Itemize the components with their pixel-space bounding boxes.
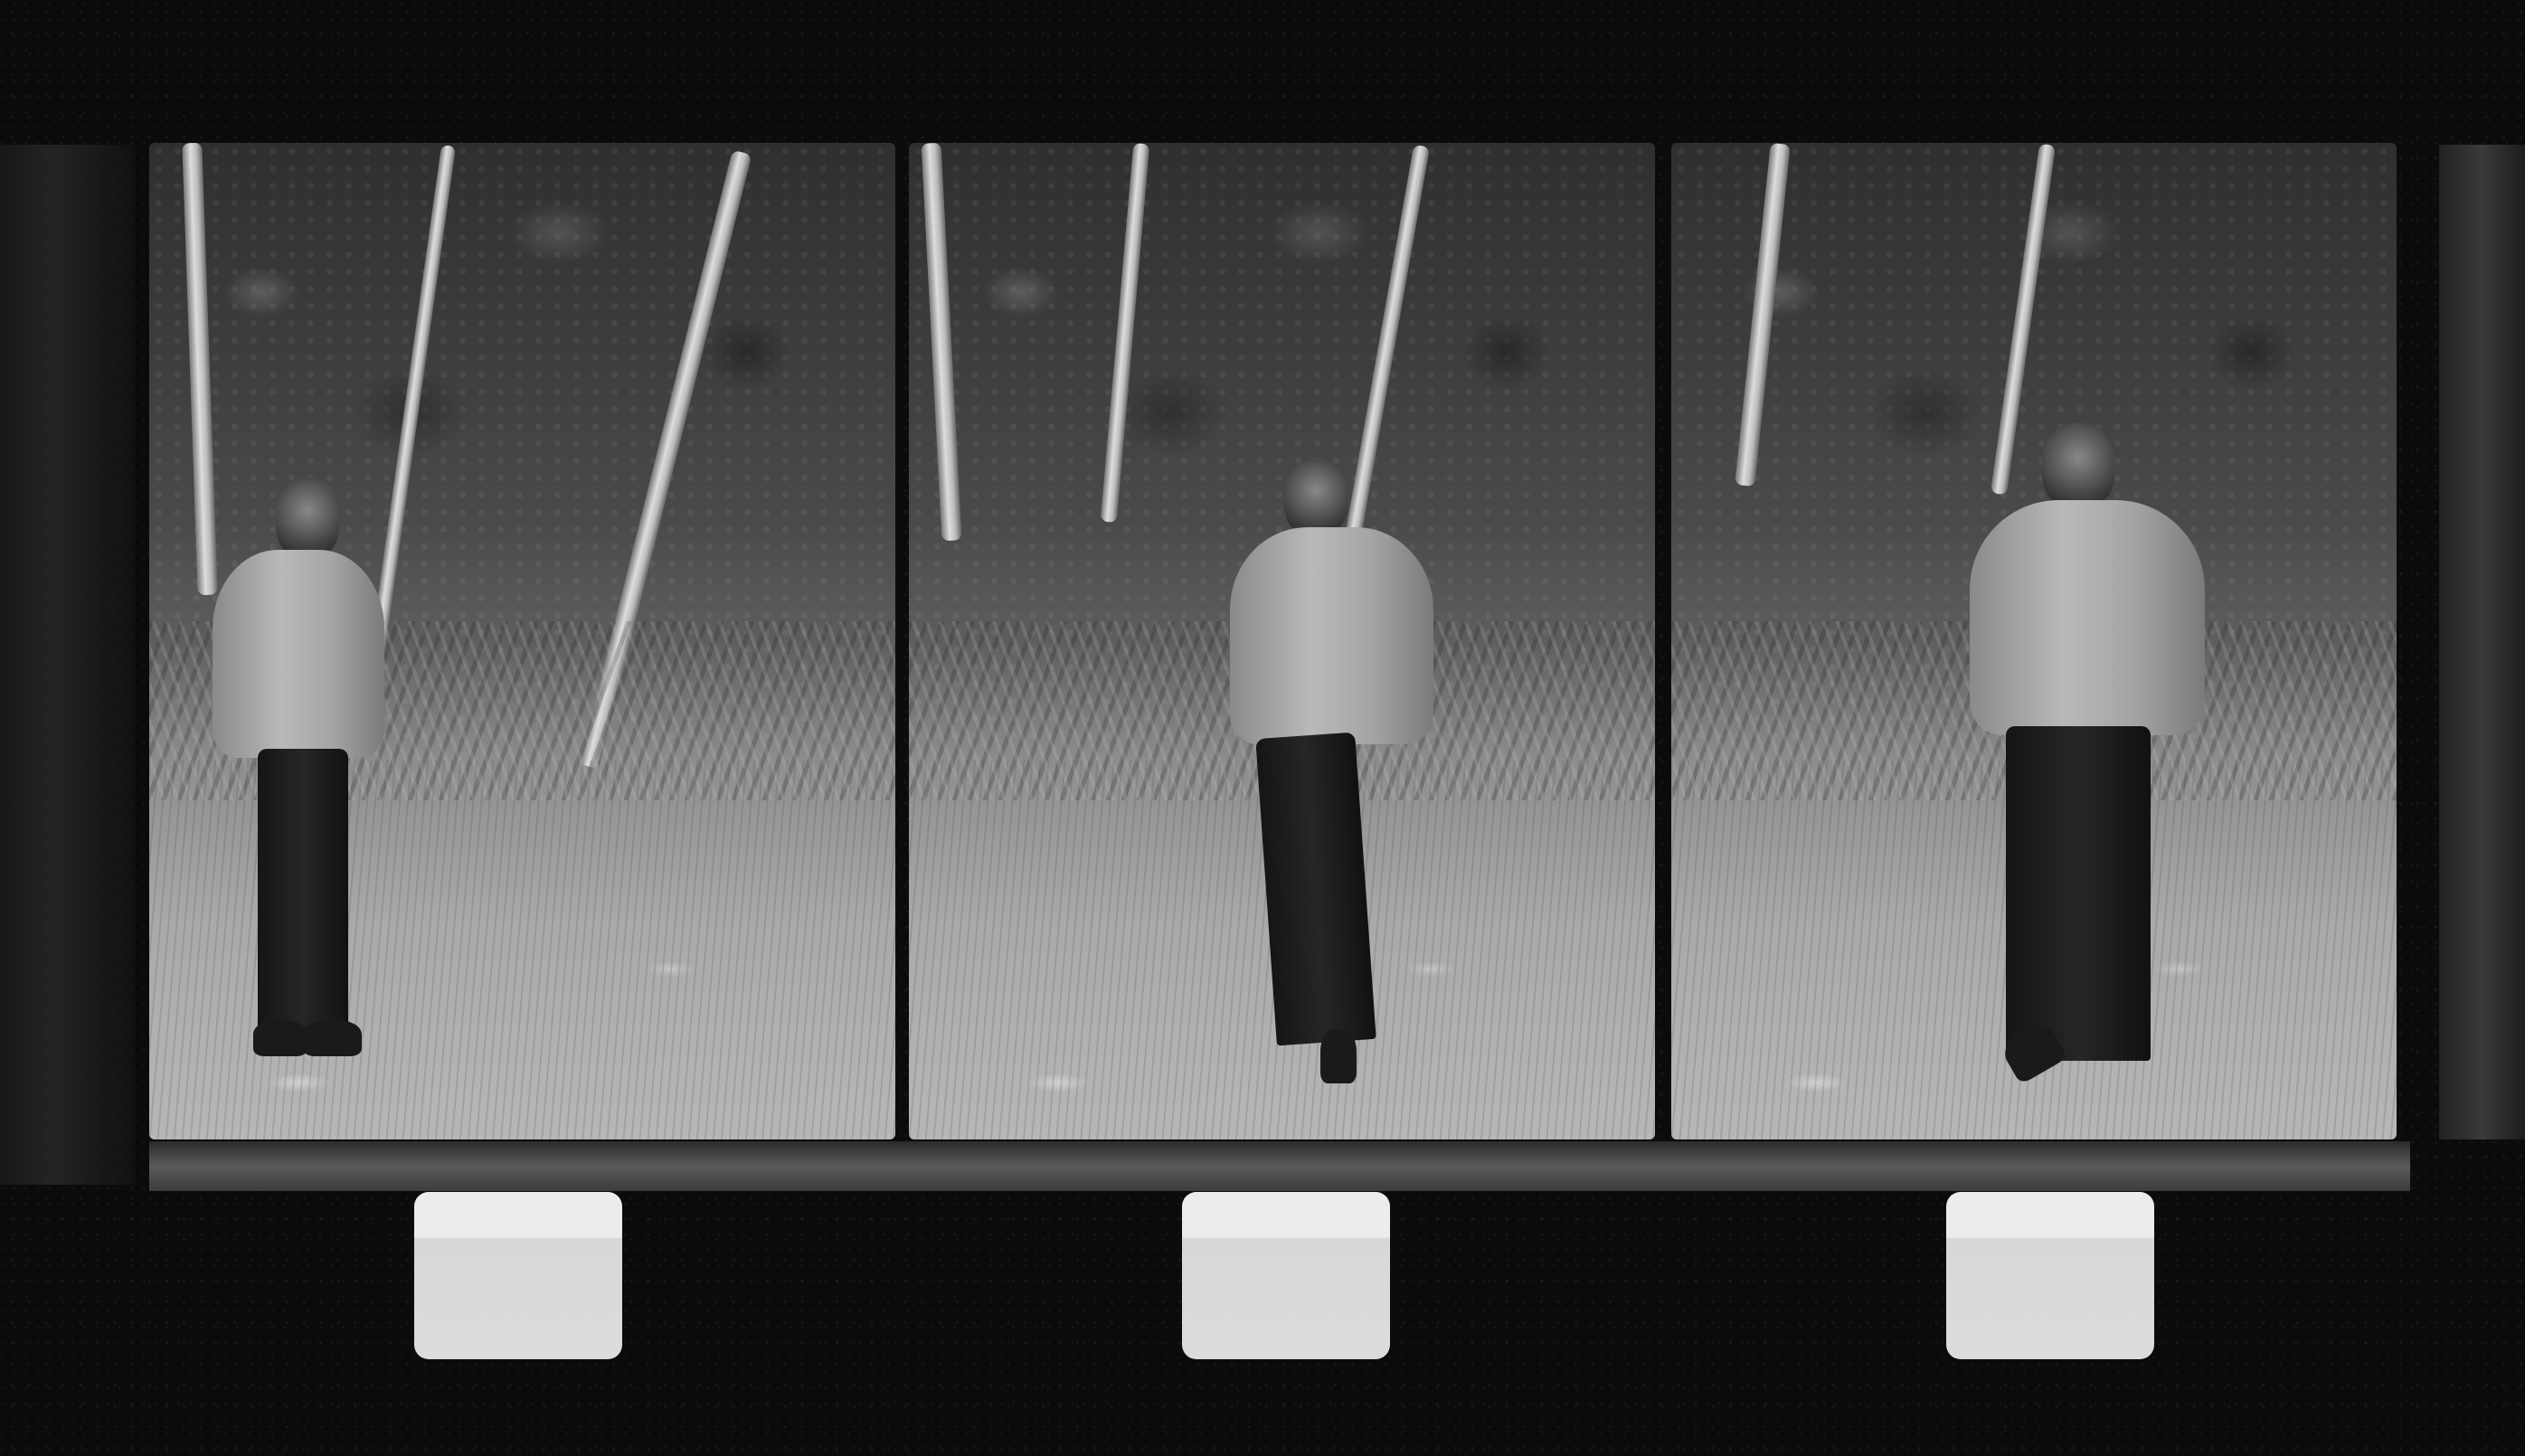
film-edge-right bbox=[2439, 145, 2525, 1139]
sprocket-hole bbox=[1182, 1192, 1390, 1359]
film-frame-2 bbox=[909, 143, 1655, 1139]
film-frame-3 bbox=[1671, 143, 2397, 1139]
film-edge-left bbox=[0, 145, 136, 1185]
film-strip bbox=[0, 0, 2525, 1456]
sprocket-hole bbox=[1946, 1192, 2154, 1359]
film-frame-1 bbox=[149, 143, 895, 1139]
sprocket-hole bbox=[414, 1192, 622, 1359]
frame-baseline bbox=[149, 1141, 2410, 1191]
